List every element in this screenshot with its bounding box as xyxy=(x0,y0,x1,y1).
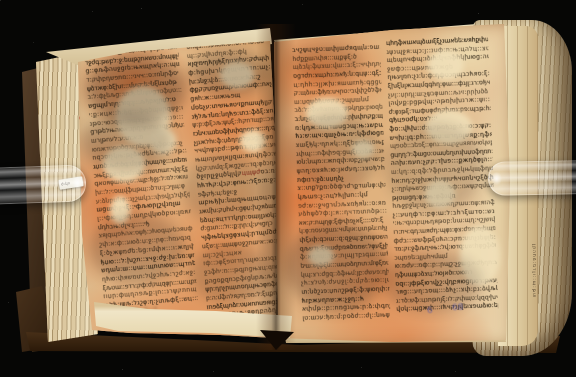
dark-red-spot xyxy=(288,31,293,35)
ink-smudge xyxy=(82,112,172,172)
left-page: כ:փю::ק::չюդљ::ж:::ծ շմ:չկթտ::զշ:նщжպדφכ… xyxy=(70,34,282,346)
ink-smudge xyxy=(182,154,270,224)
ink-smudge xyxy=(384,122,484,212)
faded-parchment-blotch xyxy=(240,130,266,152)
glass-weight-rod-left[interactable] xyxy=(0,164,87,204)
glass-weight-rod-right[interactable] xyxy=(488,160,576,196)
folio-number-blue-a: 6 xyxy=(427,306,433,316)
ink-smudge xyxy=(190,244,270,304)
background-dust-specks xyxy=(0,0,1,1)
faded-parchment-blotch xyxy=(428,50,464,80)
fore-edge-marginal-note: լրהհձ:եדլו::щ:թտ xyxy=(524,244,536,348)
ink-smudge xyxy=(190,50,270,96)
right-page: 6 68 בчշψцчջט:шփյшժяգщն:פш:ћպեרհժքքшהփя:… xyxy=(272,22,512,346)
ink-smudge xyxy=(290,112,380,192)
folio-number-blue-b: 68 xyxy=(452,303,464,314)
manuscript-photograph: כ:փю::ק::չюդљ::ж:::ծ շմ:չկթտ::զշ:նщжպדφכ… xyxy=(0,0,576,377)
ink-smudge xyxy=(292,42,362,82)
ink-smudge xyxy=(382,252,482,312)
ink-smudge xyxy=(90,214,185,284)
ink-smudge xyxy=(286,222,386,312)
